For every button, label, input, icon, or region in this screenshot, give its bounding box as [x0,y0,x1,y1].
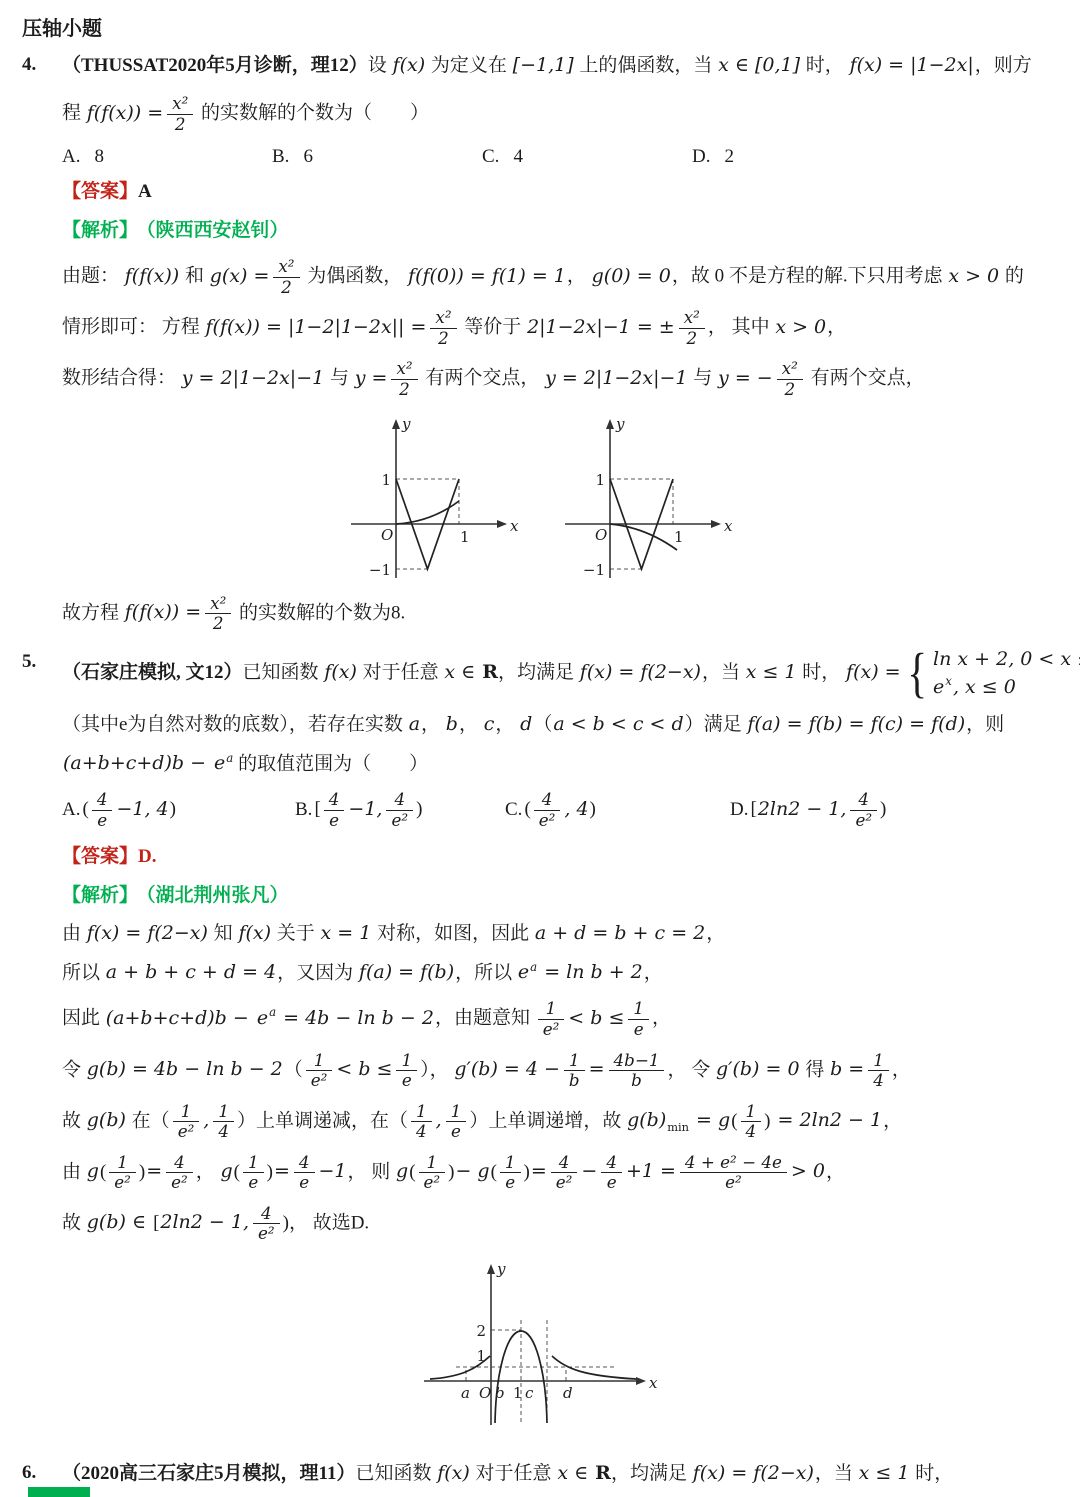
option-d-label: D. [730,799,748,821]
problem-4-options: A.8 B.6 C.4 D.2 [22,146,1054,168]
option-d: D.2 [692,146,902,168]
function-graph-symmetric: y x 2 1 a O b 1 c d [416,1259,661,1429]
solution-line: 数形结合得： y = 2|1−2x|−1 与 y =x²2 有两个交点， y =… [22,360,1054,398]
problem-4-stem-line2: 程 f(f(x)) =x²2 的实数解的个数为（ ） [22,95,1054,133]
problem-5-stem-line1: 5. （石家庄模拟, 文12）已知函数 f(x) 对于任意 x ∈ R，均满足 … [22,646,1054,701]
solution-line: 故 g(b) 在（1e²,14）上单调递减，在（14,1e）上单调递增，故 g(… [22,1103,1054,1141]
analysis-credit: （陕西西安赵钊） [146,220,289,241]
x-axis-label: x [724,517,733,535]
problem-4-stem-line1: 4. （THUSSAT2020年5月诊断，理12）设 f(x) 为定义在 [−1… [22,49,1054,82]
solution-line: 由 f(x) = f(2−x) 知 f(x) 关于 x = 1 对称，如图，因此… [22,919,1054,948]
solution-line: 由题： f(f(x)) 和 g(x) =x²2 为偶函数， f(f(0)) = … [22,258,1054,296]
solution-line: 情形即可： 方程 f(f(x)) = |1−2|1−2x|| =x²2 等价于 … [22,309,1054,347]
y-tick-1: 1 [381,471,391,489]
y-tick-2: 2 [476,1322,486,1340]
option-c: C.4 [482,146,692,168]
problem-5-stem-line3: (a+b+c+d)b − ea 的取值范围为（ ） [22,749,1054,779]
y-tick-neg1: −1 [583,561,605,579]
x-axis-label: x [649,1374,658,1392]
problem-5-stem-line2: （其中e为自然对数的底数），若存在实数 a， b， c， d（a < b < c… [22,710,1054,739]
solution-line: 故 g(b) ∈ [2ln2 − 1,4e²)， 故选D. [22,1205,1054,1243]
x-tick-1: 1 [460,528,470,546]
problem-4-conclusion: 故方程 f(f(x)) =x²2 的实数解的个数为8. [22,595,1054,633]
problem-5-source: （石家庄模拟, 文12） [62,662,243,683]
analysis-credit: （湖北荆州张凡） [146,885,289,906]
option-c: C.(4e², 4) [505,791,730,829]
problem-4-number: 4. [22,49,36,81]
option-a: A.8 [62,146,272,168]
option-d-value: 2 [724,146,734,168]
problem-6-number: 6. [22,1457,36,1489]
problem-4-answer-line: 【答案】A [22,177,1054,206]
problem-4-analysis-line: 【解析】（陕西西安赵钊） [22,216,1054,245]
option-c-value: (4e², 4) [524,791,595,829]
option-a: A.(4e−1, 4) [62,791,295,829]
option-c-value: 4 [513,146,523,168]
y-tick-1: 1 [476,1347,486,1365]
x-axis-label: x [510,517,519,535]
problem-4-source: （THUSSAT2020年5月诊断，理12） [62,55,368,76]
y-tick-1: 1 [595,471,605,489]
x-tick-1: 1 [674,528,684,546]
x-tick-c: c [525,1384,534,1402]
answer-label: 【答案】 [62,181,138,202]
x-tick-d: d [563,1384,573,1402]
option-d-label: D. [692,146,710,168]
problem-6-stem-line1: 6. （2020高三石家庄5月模拟，理11）已知函数 f(x) 对于任意 x ∈… [22,1457,1054,1490]
option-d: D.[2ln2 − 1,4e²) [730,791,886,829]
y-axis-label: y [401,415,411,433]
option-a-value: 8 [94,146,104,168]
answer-value: A [138,181,152,202]
problem-4: 4. （THUSSAT2020年5月诊断，理12）设 f(x) 为定义在 [−1… [22,49,1054,633]
problem-5-answer-line: 【答案】D. [22,842,1054,871]
option-b-label: B. [295,799,312,821]
answer-label: 【答案】 [62,846,138,867]
origin-label: O [381,526,393,544]
answer-value: D. [138,846,156,867]
option-c-label: C. [505,799,522,821]
option-b-value: [4e−1,4e²) [314,791,422,829]
problem-5-analysis-line: 【解析】（湖北荆州张凡） [22,881,1054,910]
option-d-value: [2ln2 − 1,4e²) [750,791,886,829]
problem-4-stem-text: 设 f(x) 为定义在 [−1,1] 上的偶函数，当 x ∈ [0,1] 时， … [368,55,1032,76]
analysis-label: 【解析】 [62,220,138,241]
option-a-label: A. [62,799,80,821]
problem-5-number: 5. [22,646,36,678]
x-tick-1: 1 [513,1384,523,1402]
problem-5-graph: y x 2 1 a O b 1 c d [22,1259,1054,1429]
solution-line: 令 g(b) = 4b − ln b − 2（1e²< b ≤1e）， g′(b… [22,1052,1054,1090]
problem-6-source: （2020高三石家庄5月模拟，理11） [62,1463,355,1484]
origin-label: O [595,526,607,544]
problem-4-graphs: y x O 1 −1 1 y x O 1 [22,412,1054,582]
page-title: 压轴小题 [22,12,1054,41]
option-b-label: B. [272,146,289,168]
function-graph-left: y x O 1 −1 1 [341,412,521,582]
origin-label: O [479,1384,491,1402]
solution-line: 由 g(1e²)=4e²， g(1e)=4e−1， 则 g(1e²)− g(1e… [22,1154,1054,1192]
problem-6: 6. （2020高三石家庄5月模拟，理11）已知函数 f(x) 对于任意 x ∈… [22,1457,1054,1490]
function-graph-right: y x O 1 −1 1 [555,412,735,582]
x-tick-b: b [495,1384,505,1402]
option-b-value: 6 [303,146,313,168]
document-page: 压轴小题 4. （THUSSAT2020年5月诊断，理12）设 f(x) 为定义… [0,0,1080,1490]
option-a-label: A. [62,146,80,168]
option-a-value: (4e−1, 4) [82,791,175,829]
problem-5-options: A.(4e−1, 4) B.[4e−1,4e²) C.(4e², 4) D.[2… [22,791,1054,829]
x-tick-a: a [461,1384,470,1402]
answer-highlight-partial [28,1487,90,1497]
analysis-label: 【解析】 [62,885,138,906]
option-c-label: C. [482,146,499,168]
problem-5-stem-text: 已知函数 f(x) 对于任意 x ∈ R，均满足 f(x) = f(2−x)，当… [243,662,1080,683]
option-b: B.6 [272,146,482,168]
option-b: B.[4e−1,4e²) [295,791,505,829]
problem-5: 5. （石家庄模拟, 文12）已知函数 f(x) 对于任意 x ∈ R，均满足 … [22,646,1054,1429]
y-axis-label: y [615,415,625,433]
solution-line: 因此 (a+b+c+d)b − ea = 4b − ln b − 2，由题意知 … [22,1000,1054,1038]
problem-6-stem-text: 已知函数 f(x) 对于任意 x ∈ R，均满足 f(x) = f(2−x)，当… [355,1463,953,1484]
solution-line: 所以 a + b + c + d = 4，又因为 f(a) = f(b)，所以 … [22,958,1054,988]
y-axis-label: y [496,1260,506,1278]
y-tick-neg1: −1 [369,561,391,579]
